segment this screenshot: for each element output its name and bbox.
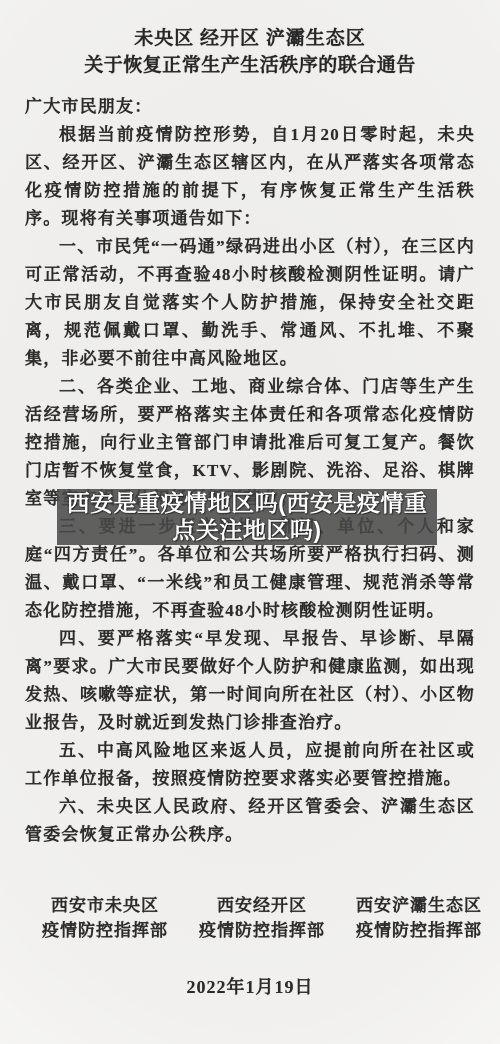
paragraph-item-4: 四、要严格落实“早发现、早报告、早诊断、早隔离”要求。广大市民要做好个人防护和健… — [25, 625, 475, 737]
signature-jingkai-name: 西安经开区 — [199, 893, 325, 918]
signature-weiyang-name: 西安市未央区 — [42, 893, 168, 918]
notice-date: 2022年1月19日 — [0, 973, 500, 999]
salutation: 广大市民朋友： — [25, 93, 475, 121]
signature-jingkai-title: 疫情防控指挥部 — [199, 918, 325, 943]
signature-row: 西安市未央区 疫情防控指挥部 西安经开区 疫情防控指挥部 西安浐灞生态区 疫情防… — [42, 893, 482, 943]
paragraph-item-1: 一、市民凭“一码通”绿码进出小区（村），在三区内可正常活动，不再查验48小时核酸… — [25, 233, 475, 373]
signature-chanba: 西安浐灞生态区 疫情防控指挥部 — [356, 893, 482, 943]
signature-weiyang: 西安市未央区 疫情防控指挥部 — [42, 893, 168, 943]
signature-chanba-name: 西安浐灞生态区 — [356, 893, 482, 918]
notice-title: 未央区 经开区 浐灞生态区 关于恢复正常生产生活秩序的联合通告 — [0, 0, 500, 81]
scanned-notice-page: 未央区 经开区 浐灞生态区 关于恢复正常生产生活秩序的联合通告 广大市民朋友： … — [0, 0, 500, 1044]
caption-overlay-text: 西安是重疫情地区吗(西安是疫情重点关注地区吗) — [61, 490, 433, 544]
signature-jingkai: 西安经开区 疫情防控指挥部 — [199, 893, 325, 943]
notice-title-districts: 未央区 经开区 浐灞生态区 — [0, 27, 500, 51]
signature-chanba-title: 疫情防控指挥部 — [356, 918, 482, 943]
paragraph-item-5: 五、中高风险地区来返人员，应提前向所在社区或工作单位报备，按照疫情防控要求落实必… — [25, 737, 475, 793]
notice-title-subject: 关于恢复正常生产生活秩序的联合通告 — [0, 51, 500, 81]
paragraph-item-6: 六、未央区人民政府、经开区管委会、浐灞生态区管委会恢复正常办公秩序。 — [25, 793, 475, 849]
paragraph-intro: 根据当前疫情防控形势，自1月20日零时起，未央区、经开区、浐灞生态区辖区内，在从… — [25, 121, 475, 233]
signature-weiyang-title: 疫情防控指挥部 — [42, 918, 168, 943]
caption-overlay-banner: 西安是重疫情地区吗(西安是疫情重点关注地区吗) — [57, 489, 437, 545]
notice-body: 广大市民朋友： 根据当前疫情防控形势，自1月20日零时起，未央区、经开区、浐灞生… — [25, 93, 475, 849]
